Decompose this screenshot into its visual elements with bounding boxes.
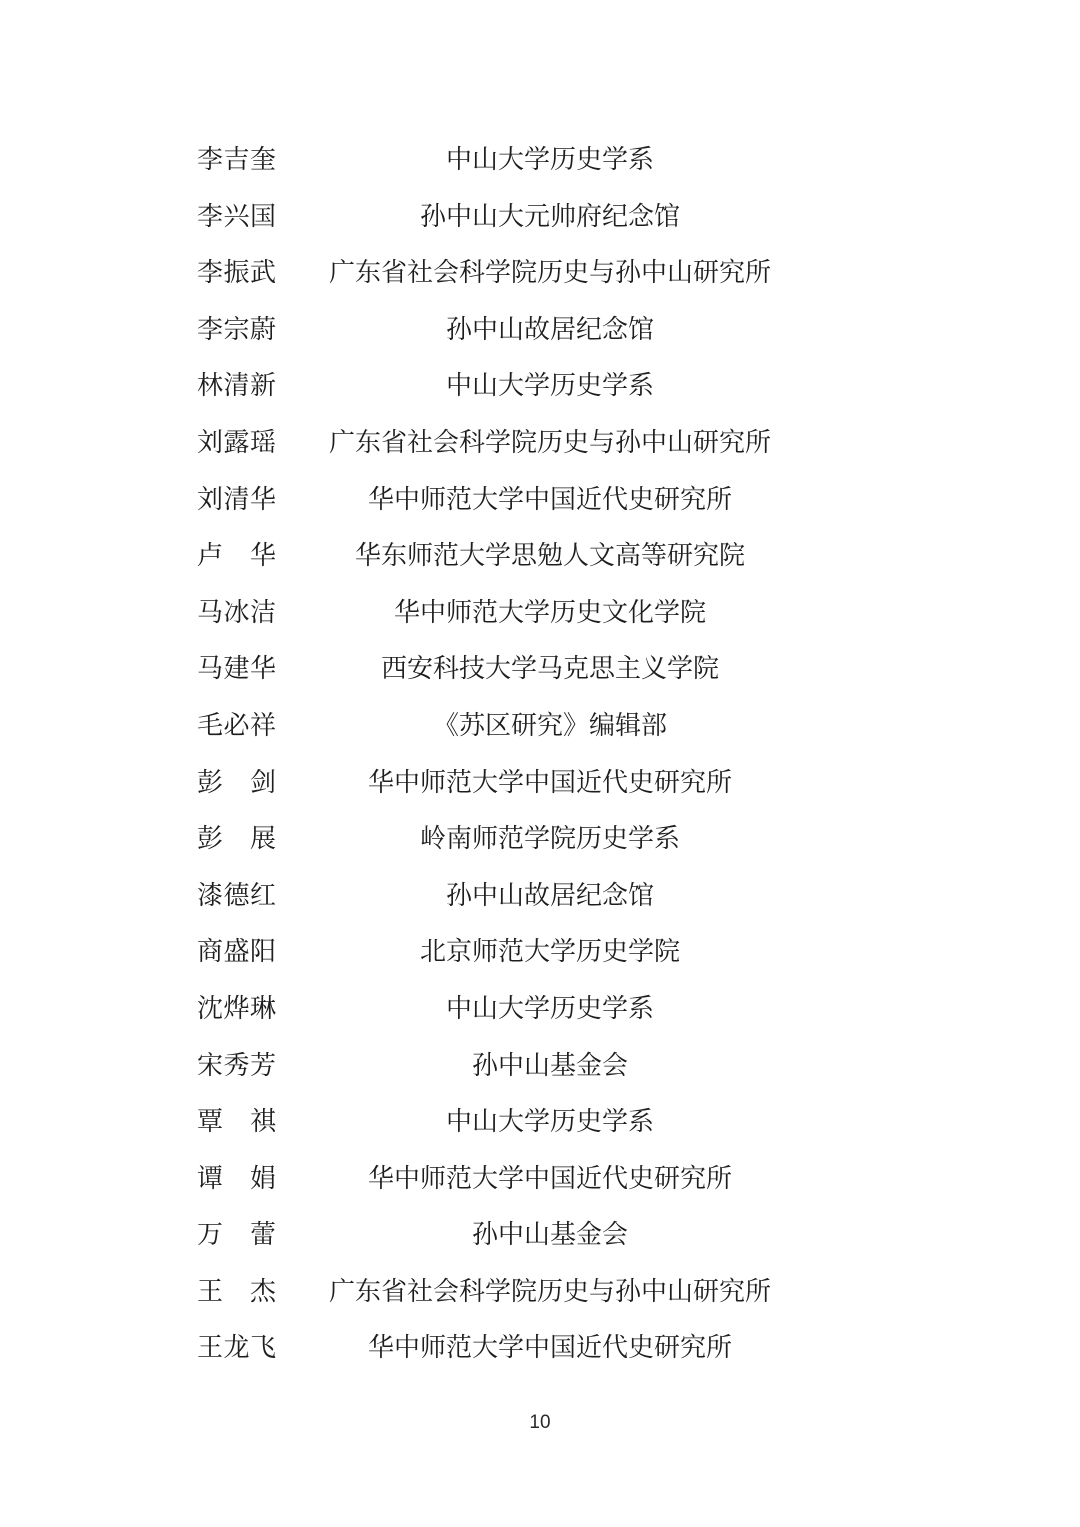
- participant-name: 彭 展: [197, 825, 277, 852]
- table-row: 刘清华 华中师范大学中国近代史研究所: [0, 486, 1080, 543]
- table-row: 李兴国 孙中山大元帅府纪念馆: [0, 203, 1080, 260]
- participant-name: 林清新: [197, 372, 277, 399]
- table-row: 李振武 广东省社会科学院历史与孙中山研究所: [0, 259, 1080, 316]
- participant-affiliation: 中山大学历史学系: [280, 1108, 820, 1135]
- table-row: 李宗蔚 孙中山故居纪念馆: [0, 316, 1080, 373]
- participant-name: 刘清华: [197, 486, 277, 513]
- table-row: 林清新 中山大学历史学系: [0, 372, 1080, 429]
- participant-name: 马建华: [197, 655, 277, 682]
- participant-affiliation: 华中师范大学中国近代史研究所: [280, 1165, 820, 1192]
- participant-name: 马冰洁: [197, 599, 277, 626]
- table-row: 漆德红 孙中山故居纪念馆: [0, 882, 1080, 939]
- table-row: 商盛阳 北京师范大学历史学院: [0, 938, 1080, 995]
- document-page: 李吉奎 中山大学历史学系 李兴国 孙中山大元帅府纪念馆 李振武 广东省社会科学院…: [0, 0, 1080, 1527]
- table-row: 马冰洁 华中师范大学历史文化学院: [0, 599, 1080, 656]
- participant-affiliation: 《苏区研究》编辑部: [280, 712, 820, 739]
- participant-affiliation: 北京师范大学历史学院: [280, 938, 820, 965]
- participant-name: 宋秀芳: [197, 1052, 277, 1079]
- participant-list: 李吉奎 中山大学历史学系 李兴国 孙中山大元帅府纪念馆 李振武 广东省社会科学院…: [0, 146, 1080, 1391]
- participant-affiliation: 华中师范大学中国近代史研究所: [280, 486, 820, 513]
- participant-name: 沈烨琳: [197, 995, 277, 1022]
- participant-affiliation: 岭南师范学院历史学系: [280, 825, 820, 852]
- table-row: 宋秀芳 孙中山基金会: [0, 1052, 1080, 1109]
- table-row: 彭 剑 华中师范大学中国近代史研究所: [0, 769, 1080, 826]
- participant-name: 毛必祥: [197, 712, 277, 739]
- participant-affiliation: 孙中山故居纪念馆: [280, 882, 820, 909]
- participant-name: 李宗蔚: [197, 316, 277, 343]
- participant-name: 李兴国: [197, 203, 277, 230]
- participant-name: 彭 剑: [197, 769, 277, 796]
- participant-affiliation: 广东省社会科学院历史与孙中山研究所: [280, 1278, 820, 1305]
- participant-name: 商盛阳: [197, 938, 277, 965]
- table-row: 毛必祥 《苏区研究》编辑部: [0, 712, 1080, 769]
- table-row: 王龙飞 华中师范大学中国近代史研究所: [0, 1334, 1080, 1391]
- participant-name: 王 杰: [197, 1278, 277, 1305]
- participant-affiliation: 华中师范大学历史文化学院: [280, 599, 820, 626]
- participant-affiliation: 孙中山基金会: [280, 1052, 820, 1079]
- participant-name: 刘露瑶: [197, 429, 277, 456]
- participant-name: 万 蕾: [197, 1221, 277, 1248]
- table-row: 彭 展 岭南师范学院历史学系: [0, 825, 1080, 882]
- table-row: 万 蕾 孙中山基金会: [0, 1221, 1080, 1278]
- participant-name: 覃 祺: [197, 1108, 277, 1135]
- participant-affiliation: 孙中山故居纪念馆: [280, 316, 820, 343]
- participant-affiliation: 广东省社会科学院历史与孙中山研究所: [280, 429, 820, 456]
- participant-affiliation: 华中师范大学中国近代史研究所: [280, 1334, 820, 1361]
- table-row: 谭 娟 华中师范大学中国近代史研究所: [0, 1165, 1080, 1222]
- table-row: 李吉奎 中山大学历史学系: [0, 146, 1080, 203]
- participant-name: 李振武: [197, 259, 277, 286]
- participant-affiliation: 中山大学历史学系: [280, 146, 820, 173]
- participant-affiliation: 中山大学历史学系: [280, 372, 820, 399]
- table-row: 卢 华 华东师范大学思勉人文高等研究院: [0, 542, 1080, 599]
- participant-name: 卢 华: [197, 542, 277, 569]
- participant-affiliation: 孙中山大元帅府纪念馆: [280, 203, 820, 230]
- participant-affiliation: 广东省社会科学院历史与孙中山研究所: [280, 259, 820, 286]
- table-row: 王 杰 广东省社会科学院历史与孙中山研究所: [0, 1278, 1080, 1335]
- participant-name: 李吉奎: [197, 146, 277, 173]
- table-row: 沈烨琳 中山大学历史学系: [0, 995, 1080, 1052]
- participant-affiliation: 孙中山基金会: [280, 1221, 820, 1248]
- participant-affiliation: 华中师范大学中国近代史研究所: [280, 769, 820, 796]
- participant-name: 漆德红: [197, 882, 277, 909]
- participant-name: 王龙飞: [197, 1334, 277, 1361]
- table-row: 覃 祺 中山大学历史学系: [0, 1108, 1080, 1165]
- participant-affiliation: 西安科技大学马克思主义学院: [280, 655, 820, 682]
- page-number: 10: [0, 1412, 1080, 1434]
- participant-name: 谭 娟: [197, 1165, 277, 1192]
- participant-affiliation: 华东师范大学思勉人文高等研究院: [280, 542, 820, 569]
- table-row: 刘露瑶 广东省社会科学院历史与孙中山研究所: [0, 429, 1080, 486]
- table-row: 马建华 西安科技大学马克思主义学院: [0, 655, 1080, 712]
- participant-affiliation: 中山大学历史学系: [280, 995, 820, 1022]
